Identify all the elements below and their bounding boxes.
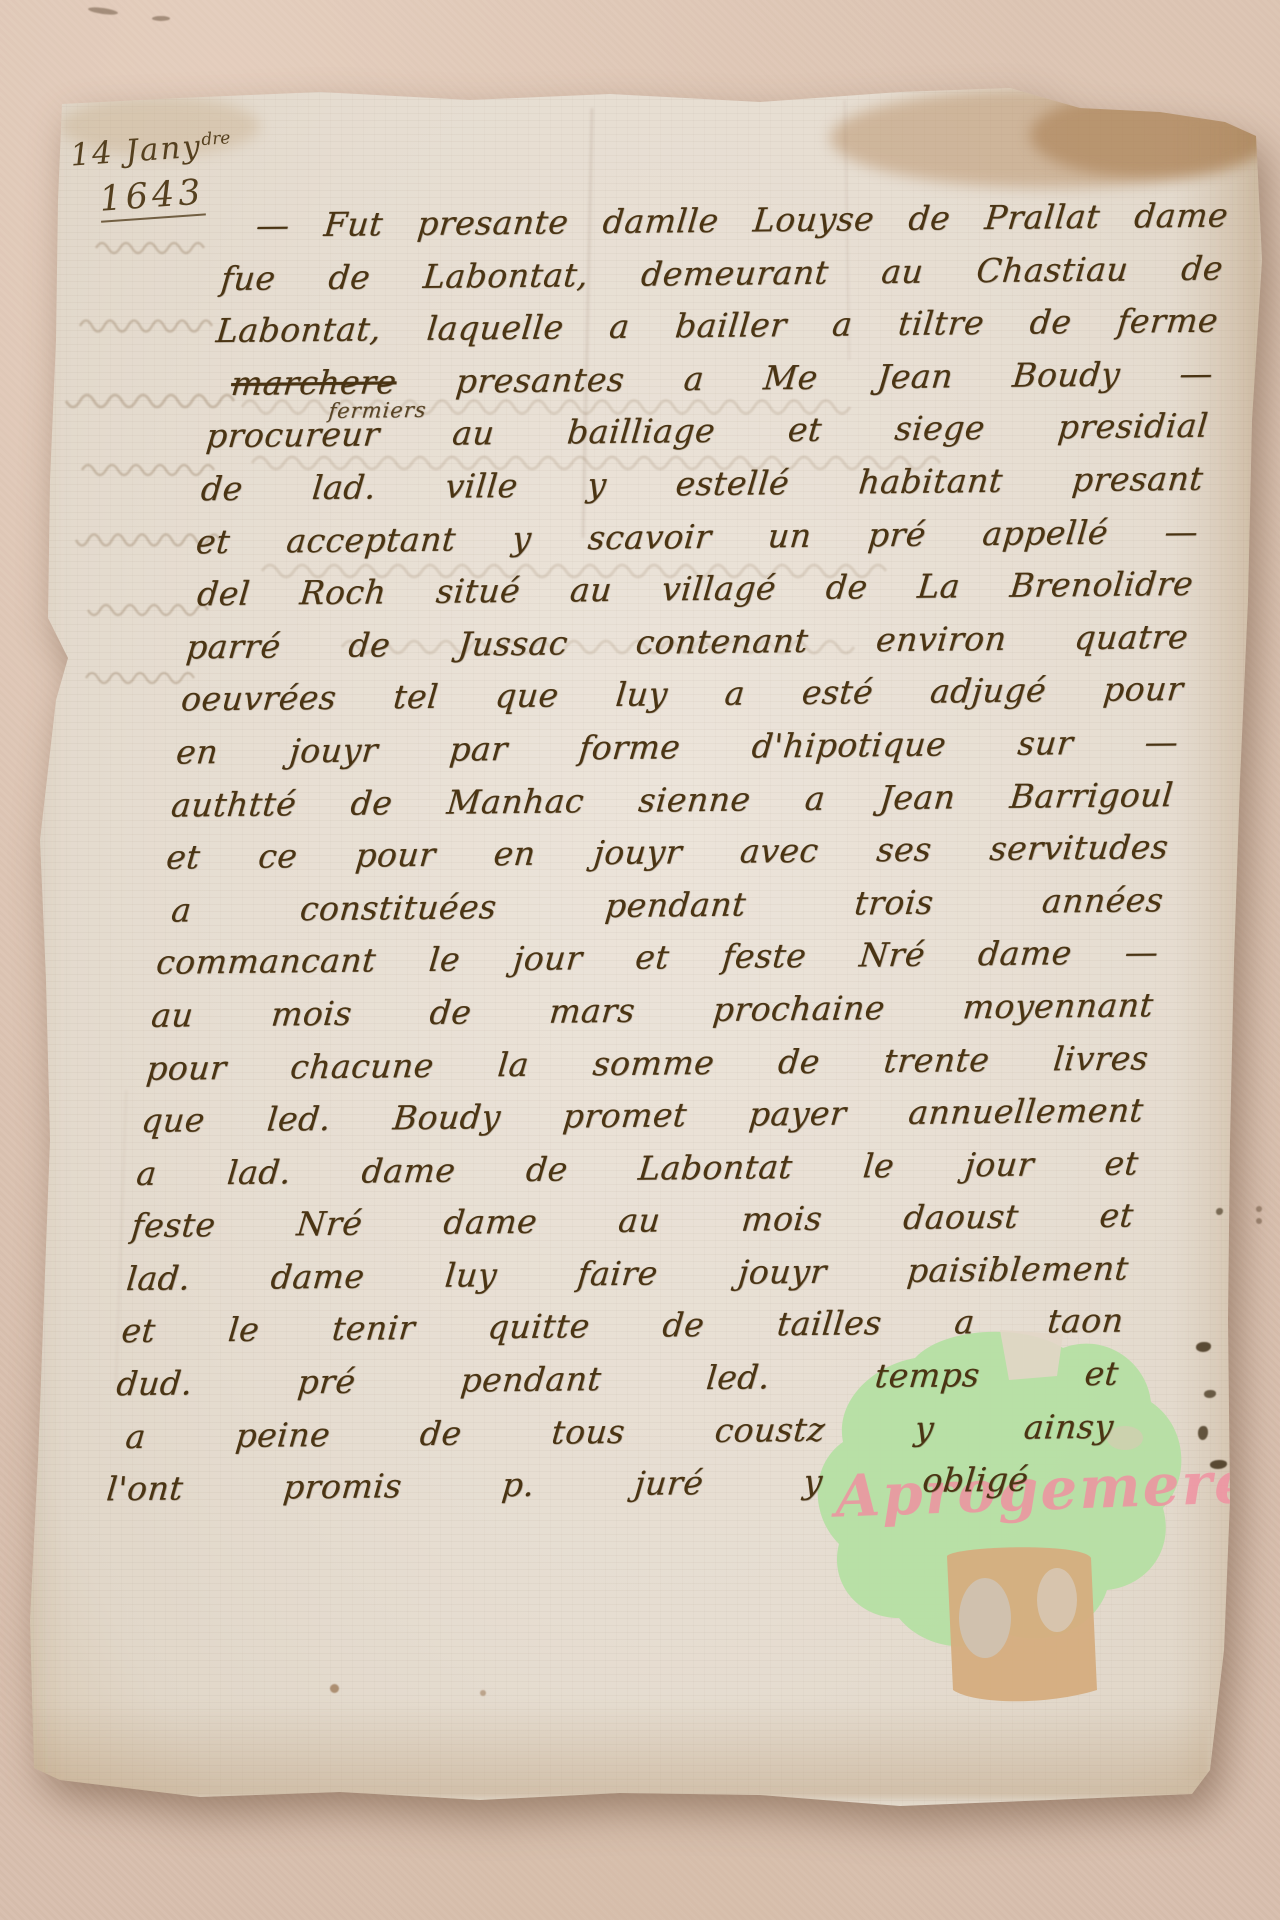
paper-stain: [1030, 92, 1270, 178]
text-line: l'ont promis p. juré y obligé: [104, 1460, 1031, 1522]
manuscript-text: — Fut presante damlle Louyse de Prallat …: [104, 196, 1230, 1523]
margin-date-day-month: 14 Janydre: [69, 126, 232, 173]
line-rest: presantes a Me Jean Boudy —: [454, 353, 1215, 400]
trunk-flake-patch: [1037, 1568, 1077, 1632]
photograph-background: Aprogemere 14 Janydre 1643 — Fut presant…: [0, 0, 1280, 1920]
paper-stain: [830, 88, 1270, 188]
ink-spot: [1216, 1208, 1223, 1215]
date-superscript: dre: [201, 128, 231, 150]
margin-date-year: 1643: [98, 172, 206, 222]
manuscript-page: Aprogemere 14 Janydre 1643 — Fut presant…: [0, 0, 1280, 1920]
paper-speck: [330, 1684, 339, 1693]
ink-bleed-mark: [64, 460, 216, 478]
ink-bleed-mark: [74, 668, 196, 686]
ink-bleed-mark: [84, 238, 206, 256]
struck-word: marchere: [229, 362, 398, 403]
paper-speck: [480, 1690, 486, 1696]
trunk-flake-patch: [959, 1578, 1011, 1658]
margin-date: 14 Janydre 1643: [69, 126, 235, 224]
paper-sheet: Aprogemere 14 Janydre 1643 — Fut presant…: [0, 0, 1280, 1920]
ink-bleed-mark: [62, 316, 214, 334]
ink-bleed-mark: [62, 600, 210, 618]
